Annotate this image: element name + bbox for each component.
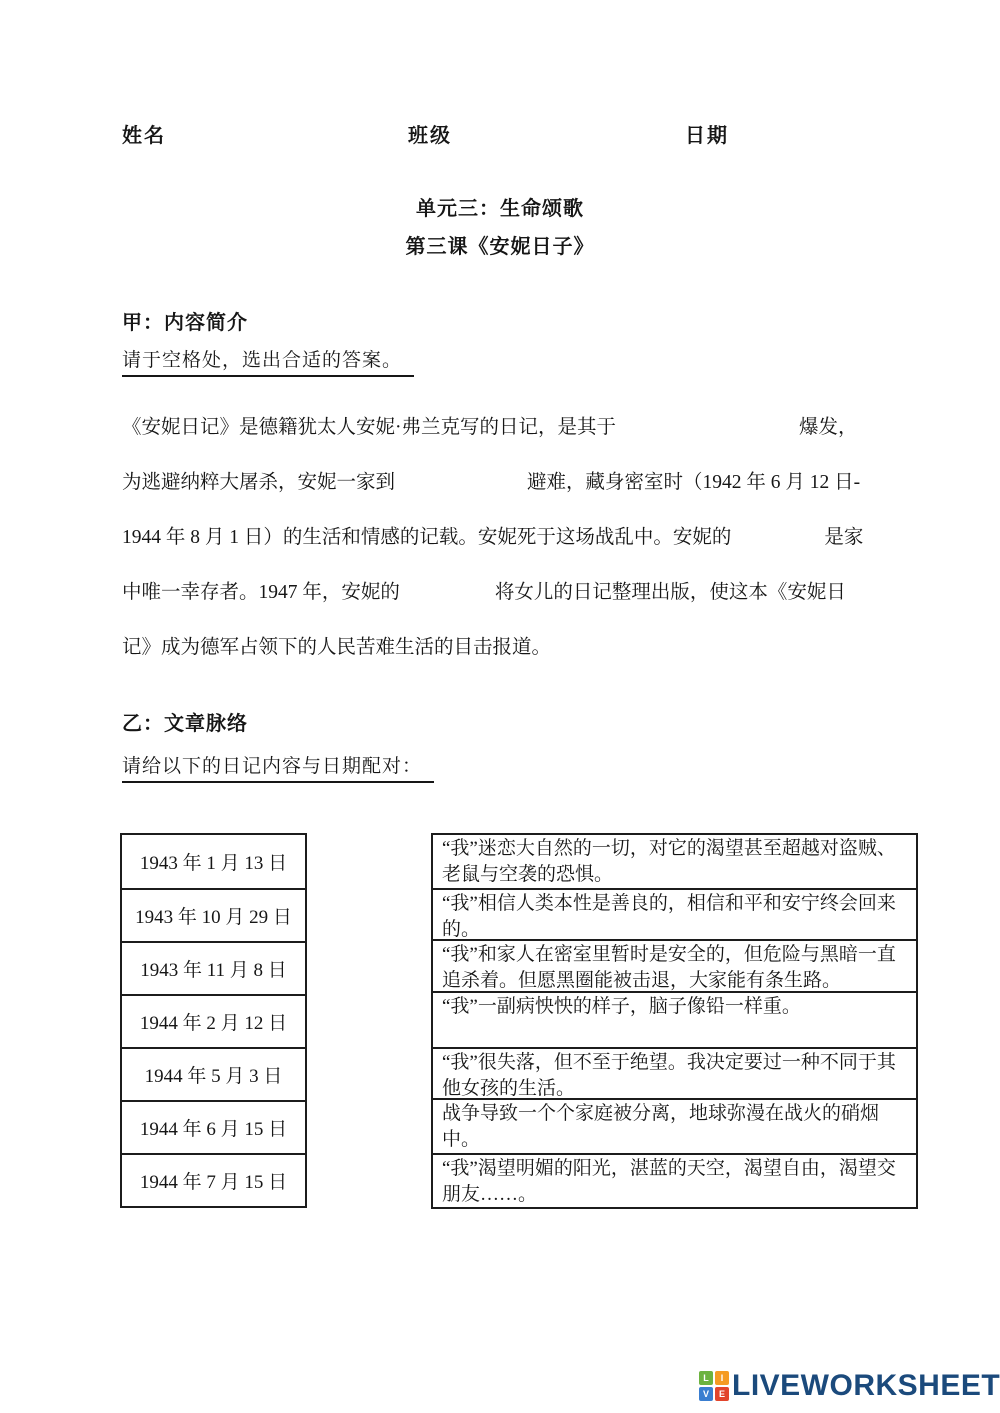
entry-cell[interactable]: “我”一副病怏怏的样子，脑子像铅一样重。 [433,991,916,1047]
logo-wordmark: LIVEWORKSHEETS [732,1369,1000,1403]
entry-cell[interactable]: “我”迷恋大自然的一切，对它的渴望甚至超越对盗贼、老鼠与空袭的恐惧。 [433,835,916,888]
paragraph-text: 《安妮日记》是德籍犹太人安妮·弗兰克写的日记，是其于 [122,417,616,438]
logo-tile-e: E [715,1387,729,1401]
logo-tile-l: L [699,1371,713,1385]
answer-blank-3[interactable] [731,541,824,543]
answer-blank-1[interactable] [616,431,799,433]
entry-cell[interactable]: “我”很失落，但不至于绝望。我决定要过一种不同于其他女孩的生活。 [433,1047,916,1098]
paragraph-line: 1944 年 8 月 1 日）的生活和情感的记载。安妮死于这场战乱中。安妮的是家 [122,521,902,549]
section-a-heading: 甲：内容简介 [122,306,248,335]
name-label: 姓名 [122,119,166,148]
paragraph-text: 记》成为德军占领下的人民苦难生活的目击报道。 [122,637,551,658]
entry-cell[interactable]: “我”和家人在密室里暂时是安全的，但危险与黑暗一直追杀着。但愿黑圈能被击退，大家… [433,939,916,991]
worksheet-page: 姓名 班级 日期 单元三：生命颂歌 第三课《安妮日子》 甲：内容简介 请于空格处… [0,0,1000,1413]
liveworksheets-logo[interactable]: L I V E LIVEWORKSHEETS [699,1369,1000,1403]
section-b-instruction: 请给以下的日记内容与日期配对： [122,751,434,778]
date-cell[interactable]: 1944 年 7 月 15 日 [122,1153,305,1206]
paragraph-text: 是家 [824,527,863,548]
date-cell[interactable]: 1944 年 2 月 12 日 [122,994,305,1047]
paragraph-line: 中唯一幸存者。1947 年，安妮的将女儿的日记整理出版，使这本《安妮日 [122,576,902,604]
section-b-heading: 乙：文章脉络 [122,707,248,736]
entries-table: “我”迷恋大自然的一切，对它的渴望甚至超越对盗贼、老鼠与空袭的恐惧。 “我”相信… [431,833,918,1209]
class-label: 班级 [408,119,452,148]
paragraph-text: 将女儿的日记整理出版，使这本《安妮日 [495,582,846,603]
entry-cell[interactable]: “我”相信人类本性是善良的，相信和平和安宁终会回来的。 [433,888,916,939]
unit-title: 单元三：生命颂歌 [120,192,880,221]
paragraph-text: 1944 年 8 月 1 日）的生活和情感的记载。安妮死于这场战乱中。安妮的 [122,527,731,548]
liveworksheets-logo-icon: L I V E [699,1371,729,1401]
paragraph-line: 《安妮日记》是德籍犹太人安妮·弗兰克写的日记，是其于爆发， [122,411,902,439]
entry-cell[interactable]: “我”渴望明媚的阳光，湛蓝的天空，渴望自由，渴望交朋友……。 [433,1153,916,1207]
date-label: 日期 [685,119,729,148]
date-cell[interactable]: 1944 年 5 月 3 日 [122,1047,305,1100]
answer-blank-4[interactable] [400,596,495,598]
section-a-instruction: 请于空格处，选出合适的答案。 [122,345,414,372]
paragraph-line: 为逃避纳粹大屠杀，安妮一家到避难，藏身密室时（1942 年 6 月 12 日- [122,466,902,494]
date-cell[interactable]: 1943 年 1 月 13 日 [122,835,305,888]
paragraph-text: 爆发， [799,417,858,438]
lesson-title: 第三课《安妮日子》 [120,230,880,259]
entry-cell[interactable]: 战争导致一个个家庭被分离，地球弥漫在战火的硝烟中。 [433,1098,916,1153]
paragraph-text: 避难，藏身密室时（1942 年 6 月 12 日- [527,472,860,493]
section-b-instruction-text: 请给以下的日记内容与日期配对： [122,756,434,783]
date-cell[interactable]: 1943 年 10 月 29 日 [122,888,305,941]
date-cell[interactable]: 1943 年 11 月 8 日 [122,941,305,994]
logo-tile-i: I [715,1371,729,1385]
paragraph-text: 为逃避纳粹大屠杀，安妮一家到 [122,472,395,493]
section-a-instruction-text: 请于空格处，选出合适的答案。 [122,350,414,377]
paragraph-text: 中唯一幸存者。1947 年，安妮的 [122,582,400,603]
paragraph-line: 记》成为德军占领下的人民苦难生活的目击报道。 [122,631,902,659]
answer-blank-2[interactable] [395,486,527,488]
date-cell[interactable]: 1944 年 6 月 15 日 [122,1100,305,1153]
logo-tile-v: V [699,1387,713,1401]
dates-table: 1943 年 1 月 13 日 1943 年 10 月 29 日 1943 年 … [120,833,307,1208]
